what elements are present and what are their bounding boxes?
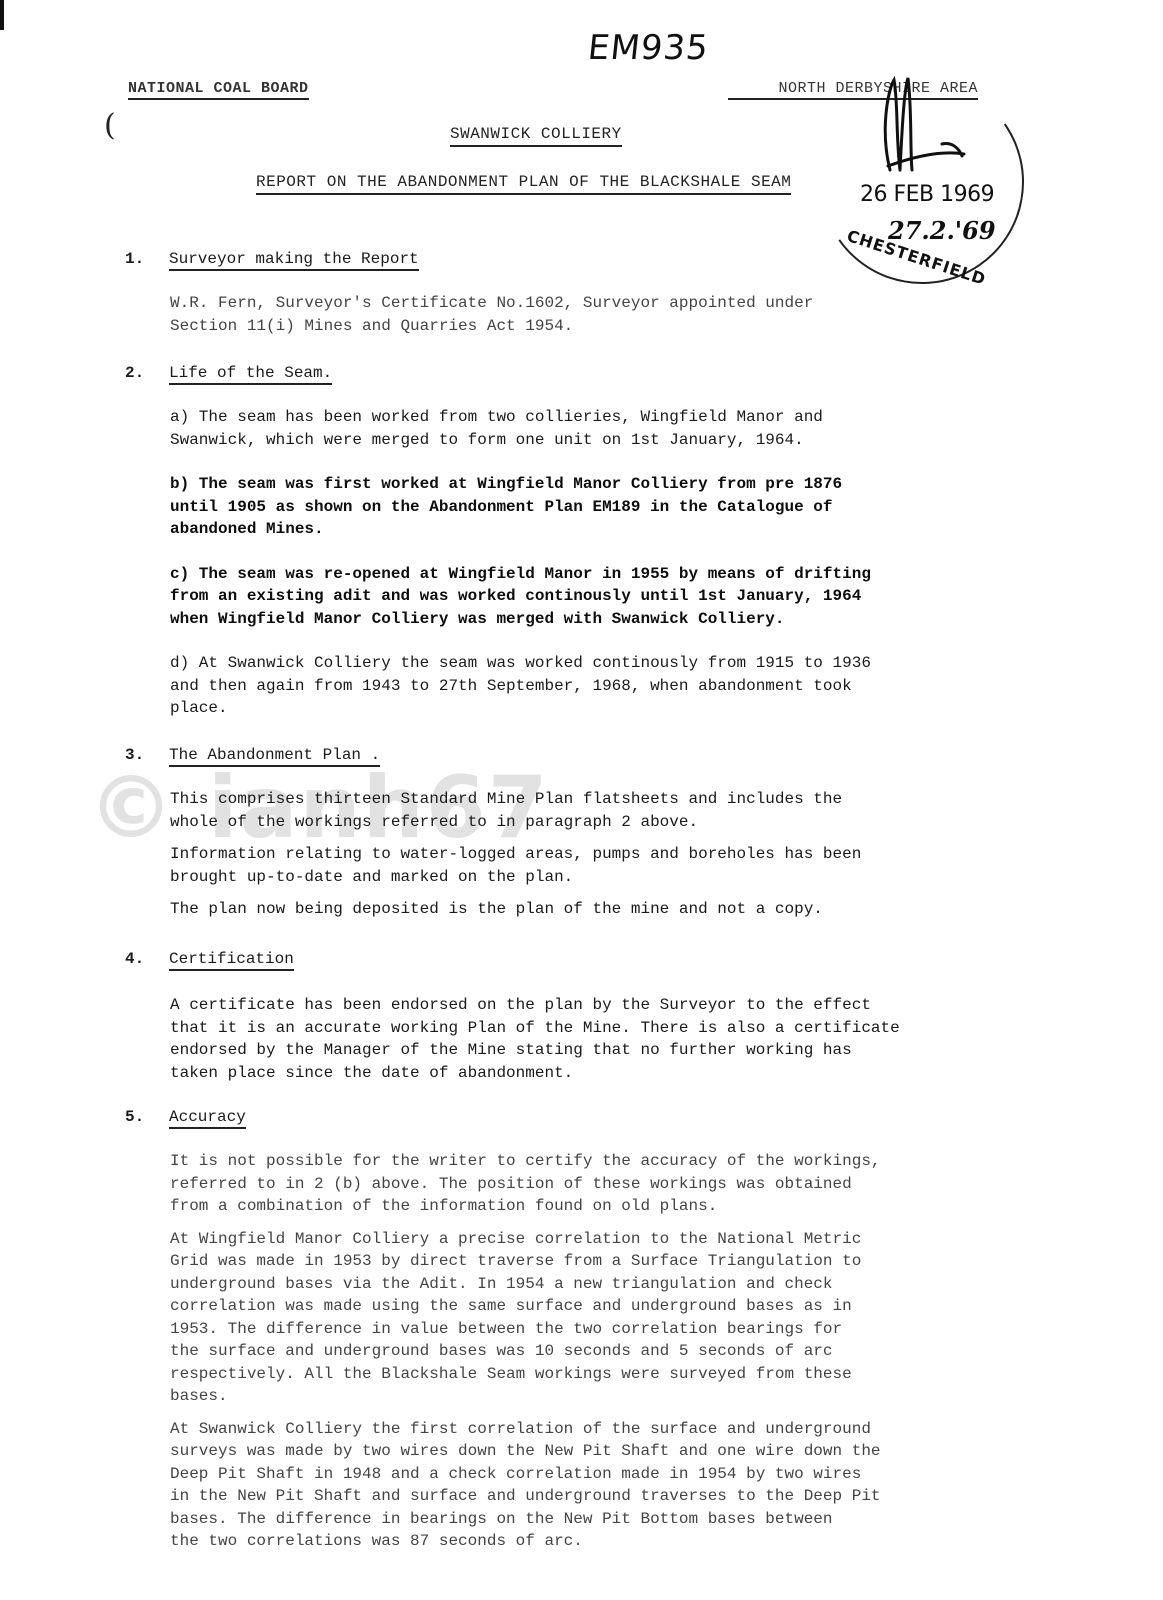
section-number: 1. <box>125 250 169 268</box>
paragraph-a: a) The seam has been worked from two col… <box>170 406 1030 451</box>
section-title: Surveyor making the Report <box>169 250 419 271</box>
section-title: Accuracy <box>169 1108 246 1129</box>
paragraph: A certificate has been endorsed on the p… <box>170 994 1030 1084</box>
stamp-date: 26 FEB 1969 <box>860 182 994 207</box>
document-page: ( EM935 National Coal Board North Derbys… <box>0 0 1163 1600</box>
section-number: 5. <box>125 1108 169 1126</box>
section-certification: 4.Certification A certificate has been e… <box>125 950 1025 1084</box>
paragraph: At Swanwick Colliery the first correlati… <box>170 1418 1030 1553</box>
section-number: 2. <box>125 364 169 382</box>
paragraph: W.R. Fern, Surveyor's Certificate No.160… <box>170 292 1030 337</box>
colliery-title: SWANWICK COLLIERY <box>450 125 622 147</box>
section-title: Life of the Seam. <box>169 364 332 385</box>
organisation-header: National Coal Board <box>128 80 309 100</box>
paragraph-c: c) The seam was re-opened at Wingfield M… <box>170 563 1030 631</box>
section-accuracy: 5.Accuracy It is not possible for the wr… <box>125 1108 1025 1553</box>
paragraph: It is not possible for the writer to cer… <box>170 1150 1030 1218</box>
section-title: The Abandonment Plan . <box>169 746 380 767</box>
stamp-handwritten-date: 27.2.'69 <box>888 216 996 245</box>
catalogue-reference: EM935 <box>586 28 711 68</box>
margin-bracket-mark: ( <box>104 108 116 143</box>
section-number: 4. <box>125 950 169 968</box>
section-surveyor: 1.Surveyor making the Report W.R. Fern, … <box>125 250 1025 337</box>
paragraph-d: d) At Swanwick Colliery the seam was wor… <box>170 652 1030 720</box>
section-abandonment-plan: 3.The Abandonment Plan . This comprises … <box>125 746 1025 921</box>
section-number: 3. <box>125 746 169 764</box>
section-life-of-seam: 2.Life of the Seam. a) The seam has been… <box>125 364 1025 720</box>
report-title: REPORT ON THE ABANDONMENT PLAN OF THE BL… <box>256 173 791 195</box>
scan-edge-mark <box>0 0 4 30</box>
paragraph: This comprises thirteen Standard Mine Pl… <box>170 788 1030 833</box>
section-title: Certification <box>169 950 294 971</box>
paragraph: The plan now being deposited is the plan… <box>170 898 1030 921</box>
paragraph: At Wingfield Manor Colliery a precise co… <box>170 1228 1030 1408</box>
paragraph: Information relating to water-logged are… <box>170 843 1030 888</box>
paragraph-b: b) The seam was first worked at Wingfiel… <box>170 473 1030 541</box>
